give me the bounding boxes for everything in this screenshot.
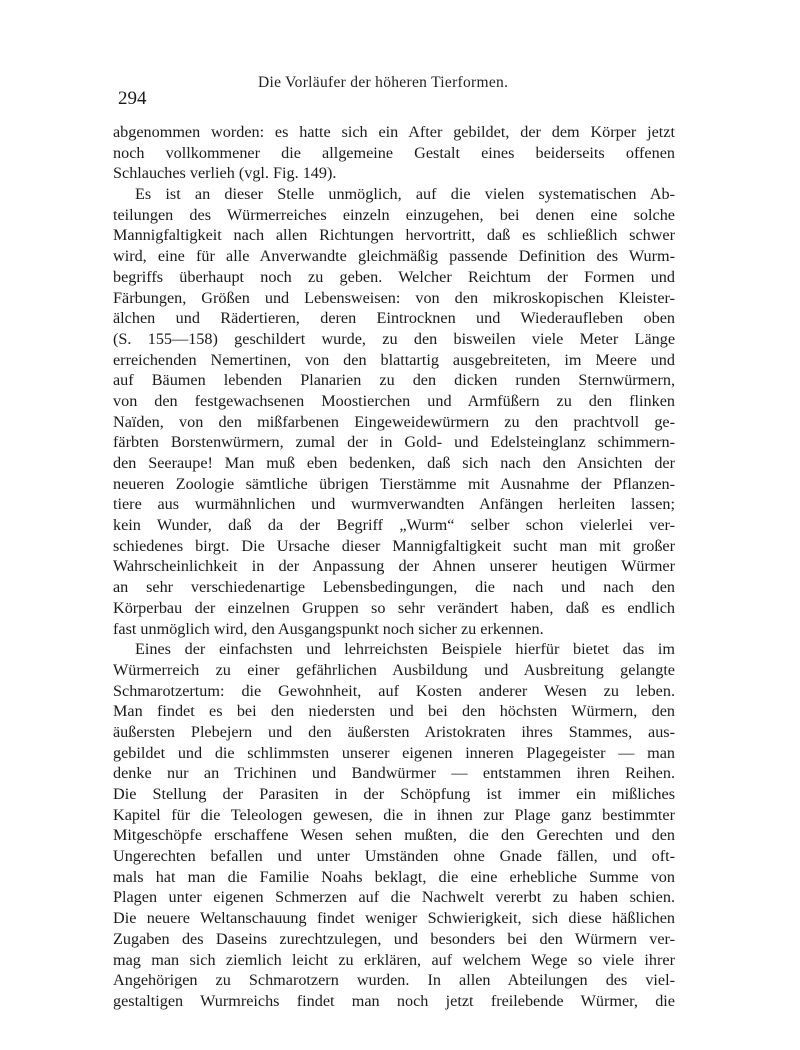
text-line: Schmarotzertum: die Gewohnheit, auf Kost… <box>113 681 675 702</box>
text-line: Die Stellung der Parasiten in der Schöpf… <box>113 784 675 805</box>
paragraph: abgenommen worden: es hatte sich ein Aft… <box>113 122 675 184</box>
text-line: Wahrscheinlichkeit in der Anpassung der … <box>113 556 675 577</box>
text-line: fast unmöglich wird, den Ausgangspunkt n… <box>113 619 675 640</box>
text-line: Angehörigen zu Schmarotzern wurden. In a… <box>113 970 675 991</box>
text-line: Würmerreich zu einer gefährlichen Ausbil… <box>113 660 675 681</box>
text-line: älchen und Rädertieren, deren Eintrockne… <box>113 308 675 329</box>
running-title: Die Vorläufer der höheren Tierformen. <box>258 74 508 92</box>
text-line: (S. 155—158) geschildert wurde, zu den b… <box>113 329 675 350</box>
text-line: färbten Borstenwürmern, zumal der in Gol… <box>113 432 675 453</box>
body-text: abgenommen worden: es hatte sich ein Aft… <box>113 122 675 1012</box>
text-line: mag man sich ziemlich leicht zu erklären… <box>113 950 675 971</box>
text-line: Mitgeschöpfe erschaffene Wesen sehen muß… <box>113 825 675 846</box>
paragraph: Eines der einfachsten und lehrreichsten … <box>113 639 675 1011</box>
text-line: auf Bäumen lebenden Planarien zu den dic… <box>113 370 675 391</box>
text-line: Schlauches verlieh (vgl. Fig. 149). <box>113 163 675 184</box>
text-line: wird, eine für alle Anverwandte gleichmä… <box>113 246 675 267</box>
text-line: gestaltigen Wurmreichs findet man noch j… <box>113 991 675 1012</box>
text-line: schiedenes birgt. Die Ursache dieser Man… <box>113 536 675 557</box>
text-line: Körperbau der einzelnen Gruppen so sehr … <box>113 598 675 619</box>
text-line: begriffs überhaupt noch zu geben. Welche… <box>113 267 675 288</box>
text-line: Mannigfaltigkeit nach allen Richtungen h… <box>113 225 675 246</box>
text-line: abgenommen worden: es hatte sich ein Aft… <box>113 122 675 143</box>
text-line: tiere aus wurmähnlichen und wurmverwandt… <box>113 494 675 515</box>
text-line: von den festgewachsenen Moostierchen und… <box>113 391 675 412</box>
text-line: Kapitel für die Teleologen gewesen, die … <box>113 805 675 826</box>
text-line: erreichenden Nemertinen, von den blattar… <box>113 350 675 371</box>
text-line: Man findet es bei den niedersten und bei… <box>113 701 675 722</box>
text-line: teilungen des Würmerreiches einzeln einz… <box>113 205 675 226</box>
book-page: 294 Die Vorläufer der höheren Tierformen… <box>0 0 800 1050</box>
text-line: Die neuere Weltanschauung findet weniger… <box>113 908 675 929</box>
text-line: kein Wunder, daß da der Begriff „Wurm“ s… <box>113 515 675 536</box>
text-line: neueren Zoologie sämtliche übrigen Tiers… <box>113 474 675 495</box>
page-header: 294 Die Vorläufer der höheren Tierformen… <box>110 72 680 96</box>
page-number: 294 <box>118 88 147 110</box>
text-line: Es ist an dieser Stelle unmöglich, auf d… <box>113 184 675 205</box>
text-line: Färbungen, Größen und Lebensweisen: von … <box>113 288 675 309</box>
text-line: an sehr verschiedenartige Lebensbedingun… <box>113 577 675 598</box>
text-line: noch vollkommener die allgemeine Gestalt… <box>113 143 675 164</box>
text-line: den Seeraupe! Man muß eben bedenken, daß… <box>113 453 675 474</box>
text-line: denke nur an Trichinen und Bandwürmer — … <box>113 763 675 784</box>
text-line: Naïden, von den mißfarbenen Eingeweidewü… <box>113 412 675 433</box>
paragraph: Es ist an dieser Stelle unmöglich, auf d… <box>113 184 675 639</box>
text-line: Plagen unter eigenen Schmerzen auf die N… <box>113 887 675 908</box>
text-line: Zugaben des Daseins zurechtzulegen, und … <box>113 929 675 950</box>
text-line: gebildet und die schlimmsten unserer eig… <box>113 743 675 764</box>
text-line: äußersten Plebejern und den äußersten Ar… <box>113 722 675 743</box>
text-line: mals hat man die Familie Noahs beklagt, … <box>113 867 675 888</box>
text-line: Ungerechten befallen und unter Umständen… <box>113 846 675 867</box>
text-line: Eines der einfachsten und lehrreichsten … <box>113 639 675 660</box>
